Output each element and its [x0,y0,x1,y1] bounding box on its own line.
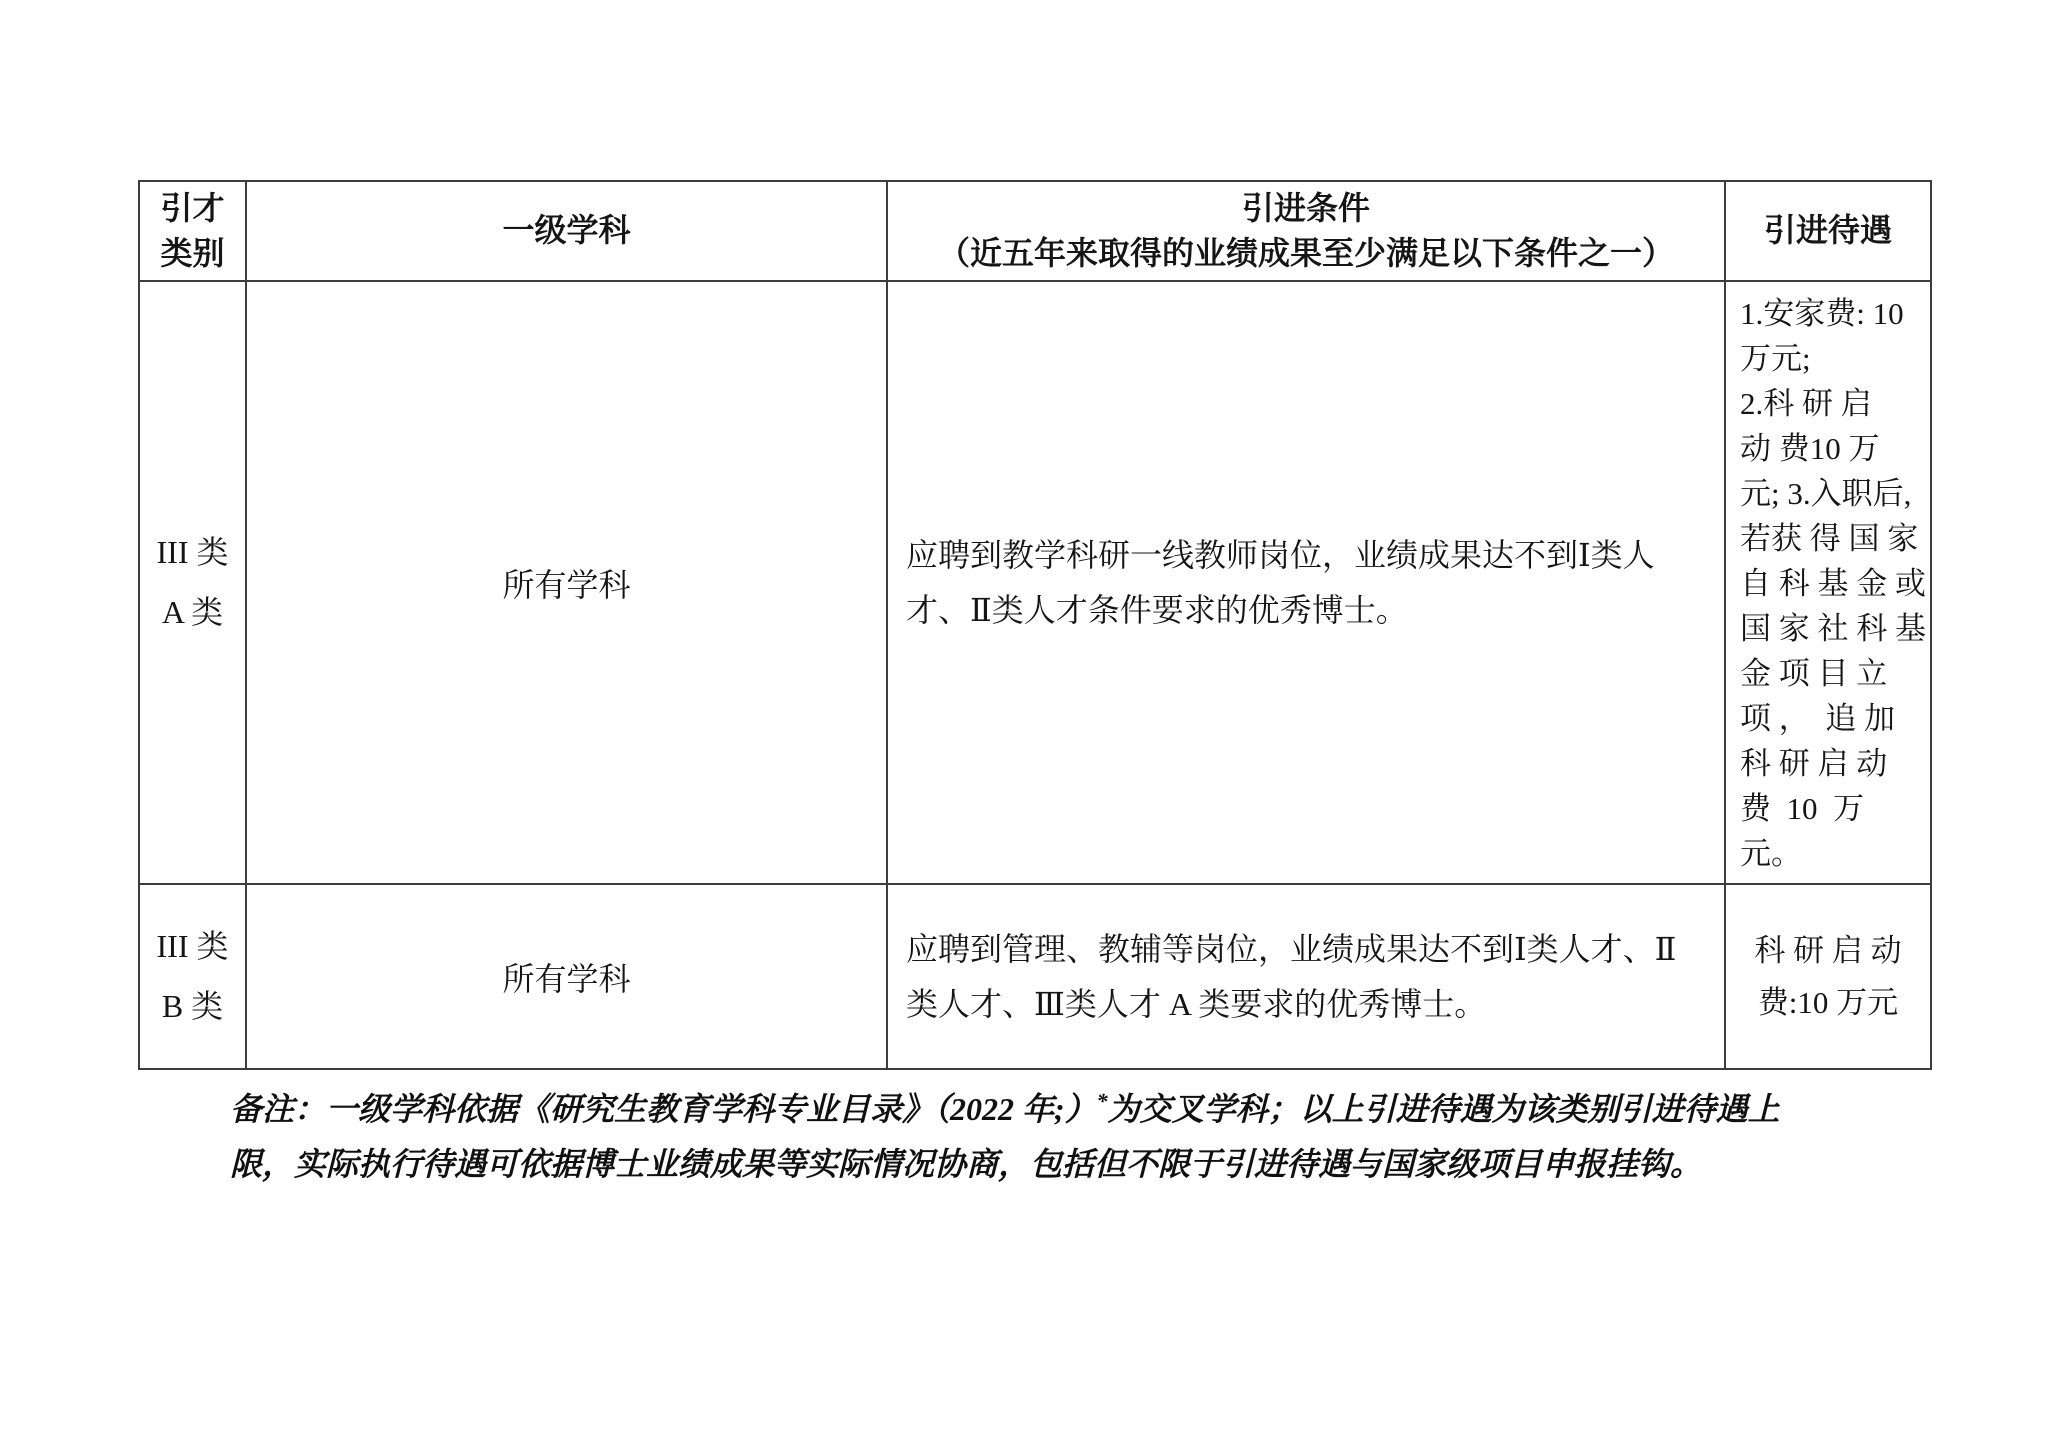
document-page: 引才 类别 一级学科 引进条件 （近五年来取得的业绩成果至少满足以下条件之一） … [0,0,2048,1447]
footnote: 备注：一级学科依据《研究生教育学科专业目录》（2022 年;）*为交叉学科；以上… [230,1082,1825,1192]
header-treatment: 引进待遇 [1725,181,1931,281]
cell-discipline: 所有学科 [246,884,887,1069]
header-condition-title: 引进条件 [892,186,1720,231]
header-category: 引才 类别 [139,181,246,281]
footnote-text-lead: 备注：一级学科依据《研究生教育学科专业目录》（2022 年;） [230,1091,1097,1127]
cell-treatment: 1.安家费: 10 万元; 2.科 研 启 动 费10 万 元; 3.入职后, … [1725,281,1931,884]
cell-category: III 类 B 类 [139,884,246,1069]
table-row-III-A: III 类 A 类 所有学科 应聘到教学科研一线教师岗位，业绩成果达不到Ⅰ类人才… [139,281,1931,884]
header-discipline: 一级学科 [246,181,887,281]
cell-category: III 类 A 类 [139,281,246,884]
cell-treatment: 科 研 启 动 费:10 万元 [1725,884,1931,1069]
table-row-III-B: III 类 B 类 所有学科 应聘到管理、教辅等岗位，业绩成果达不到Ⅰ类人才、Ⅱ… [139,884,1931,1069]
table-header-row: 引才 类别 一级学科 引进条件 （近五年来取得的业绩成果至少满足以下条件之一） … [139,181,1931,281]
footnote-asterisk: * [1097,1088,1108,1113]
cell-condition: 应聘到管理、教辅等岗位，业绩成果达不到Ⅰ类人才、Ⅱ类人才、Ⅲ类人才 A 类要求的… [887,884,1725,1069]
cell-discipline: 所有学科 [246,281,887,884]
header-condition-subtitle: （近五年来取得的业绩成果至少满足以下条件之一） [892,231,1720,276]
header-condition: 引进条件 （近五年来取得的业绩成果至少满足以下条件之一） [887,181,1725,281]
talent-recruitment-table: 引才 类别 一级学科 引进条件 （近五年来取得的业绩成果至少满足以下条件之一） … [138,180,1932,1070]
cell-condition: 应聘到教学科研一线教师岗位，业绩成果达不到Ⅰ类人才、Ⅱ类人才条件要求的优秀博士。 [887,281,1725,884]
